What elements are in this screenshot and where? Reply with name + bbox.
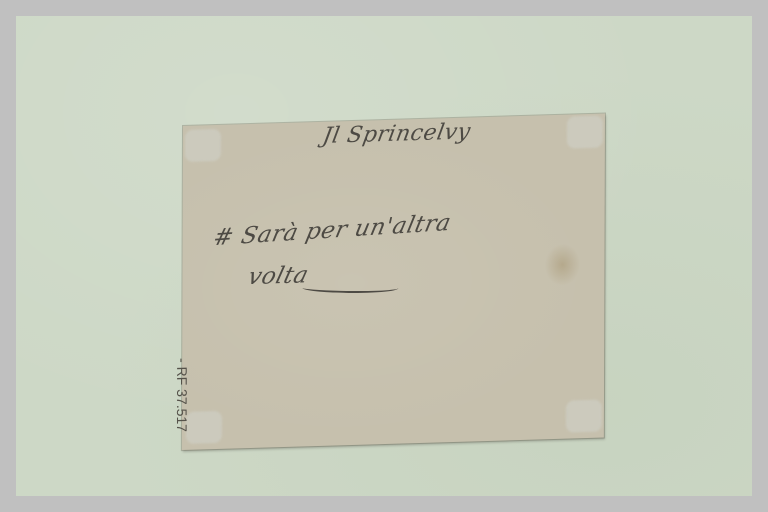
pen-flourish xyxy=(302,282,398,294)
handwritten-signature: Jl Sprincelvy xyxy=(321,119,473,149)
paper-sheet: Jl Sprincelvy # Sarà per un'altra volta … xyxy=(182,113,605,450)
handwritten-line-1: # Sarà per un'altra xyxy=(211,210,454,251)
inventory-number: - RF 37.517 xyxy=(174,358,190,432)
mount-board: Jl Sprincelvy # Sarà per un'altra volta … xyxy=(16,16,752,496)
tape-mark-bottom-left xyxy=(186,411,222,444)
handwritten-line-2: volta xyxy=(245,262,311,290)
tape-mark-bottom-right xyxy=(566,400,602,433)
tape-mark-top-left xyxy=(185,129,221,162)
tape-mark-top-right xyxy=(567,116,603,149)
